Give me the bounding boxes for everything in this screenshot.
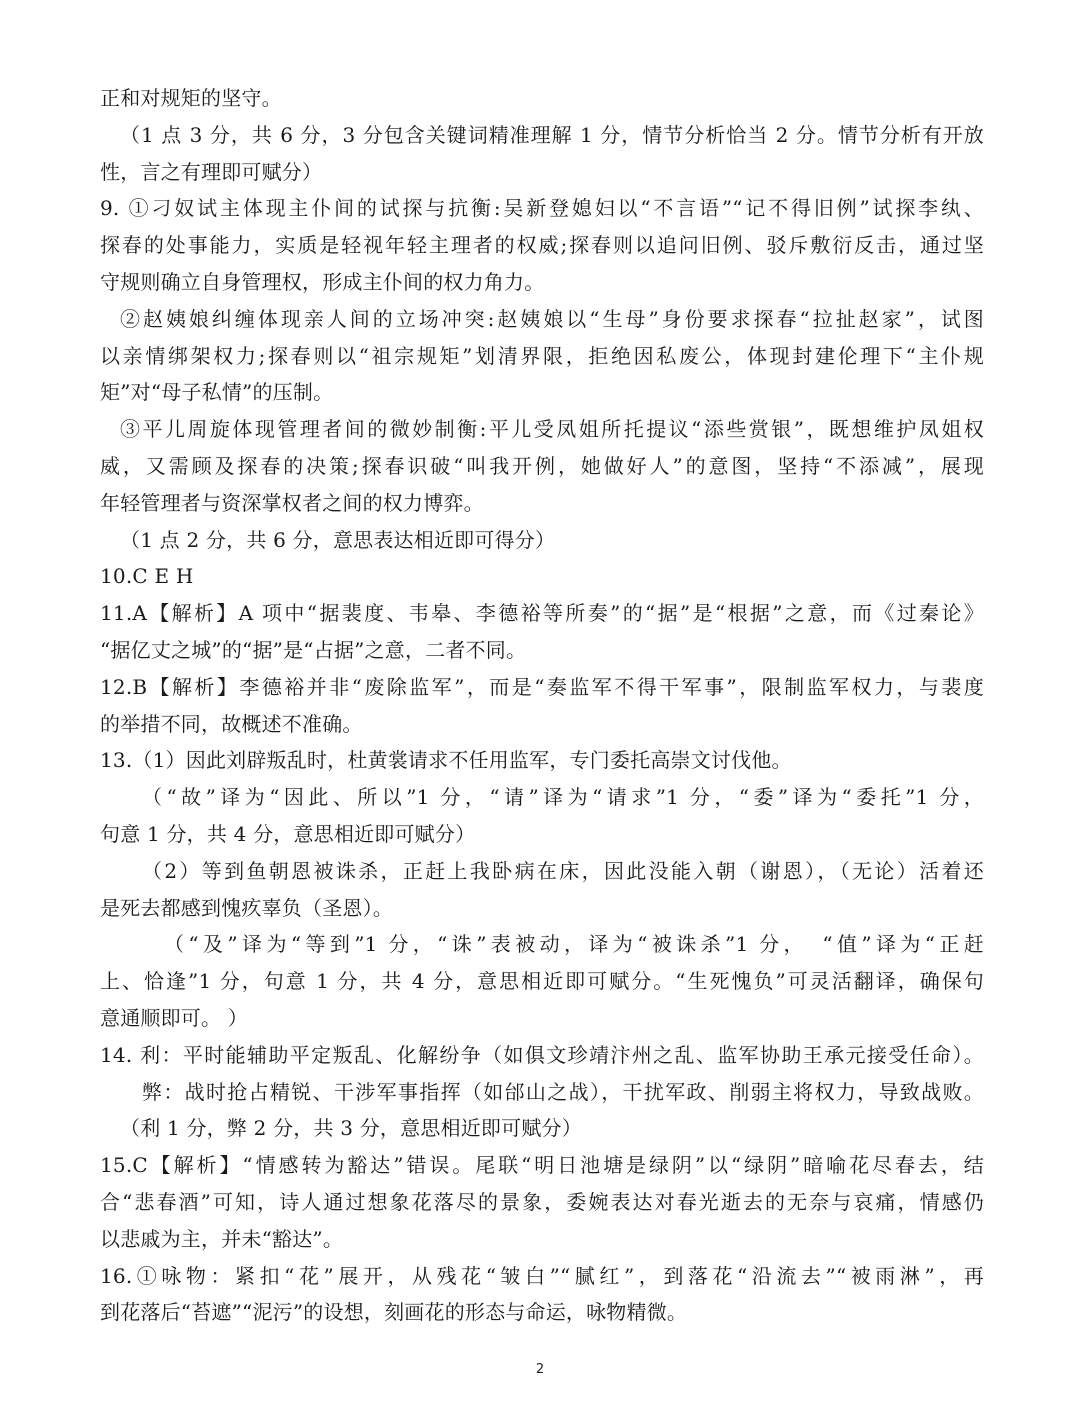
scoring-note: （“及”译为“等到”1 分，“诛”表被动，译为“被诛杀”1 分， “值”译为“正… [100, 926, 984, 963]
question-9-line: 9. ①刁奴试主体现主仆间的试探与抗衡:吴新登媳妇以“不言语”“记不得旧例”试探… [100, 190, 984, 227]
text-line: 守规则确立自身管理权，形成主仆间的权力角力。 [100, 264, 984, 301]
scoring-note: （利 1 分，弊 2 分，共 3 分，意思相近即可赋分） [100, 1110, 984, 1147]
question-13-line: 13.（1）因此刘辟叛乱时，杜黄裳请求不任用监军，专门委托高崇文讨伐他。 [100, 742, 984, 779]
text-line: ②赵姨娘纠缠体现亲人间的立场冲突:赵姨娘以“生母”身份要求探春“拉扯赵家”，试图 [100, 301, 984, 338]
text-line: 探春的处事能力，实质是轻视年轻主理者的权威;探春则以追问旧例、驳斥敷衍反击，通过… [100, 227, 984, 264]
scoring-note: （“故”译为“因此、所以”1 分，“请”译为“请求”1 分，“委”译为“委托”1… [100, 779, 984, 816]
question-10-line: 10.C E H [100, 558, 984, 595]
text-line: 威，又需顾及探春的决策;探春识破“叫我开例，她做好人”的意图，坚持“不添减”，展… [100, 448, 984, 485]
text-line: ③平儿周旋体现管理者间的微妙制衡:平儿受凤姐所托提议“添些赏银”，既想维护凤姐权 [100, 411, 984, 448]
text-line: 到花落后“苔遮”“泥污”的设想，刻画花的形态与命运，咏物精微。 [100, 1294, 984, 1331]
page-number: 2 [0, 1362, 1080, 1377]
question-15-line: 15.C【解析】“情感转为豁达”错误。尾联“明日池塘是绿阴”以“绿阴”暗喻花尽春… [100, 1147, 984, 1184]
text-line: （2）等到鱼朝恩被诛杀，正赶上我卧病在床，因此没能入朝（谢恩），（无论）活着还 [100, 853, 984, 890]
question-16-line: 16.①咏物：紧扣“花”展开，从残花“皱白”“腻红”，到落花“沿流去”“被雨淋”… [100, 1258, 984, 1295]
question-14-line: 14. 利：平时能辅助平定叛乱、化解纷争（如俱文珍靖汴州之乱、监军协助王承元接受… [100, 1037, 984, 1074]
text-line: 以悲戚为主，并未“豁达”。 [100, 1221, 984, 1258]
text-line: 是死去都感到愧疚辜负（圣恩）。 [100, 890, 984, 927]
scoring-note: （1 点 2 分，共 6 分，意思表达相近即可得分） [100, 522, 984, 559]
text-line: 性，言之有理即可赋分） [100, 154, 984, 191]
document-page: 正和对规矩的坚守。 （1 点 3 分，共 6 分，3 分包含关键词精准理解 1 … [100, 80, 984, 1331]
text-line: （1 点 3 分，共 6 分，3 分包含关键词精准理解 1 分，情节分析恰当 2… [100, 117, 984, 154]
text-line: 的举措不同，故概述不准确。 [100, 706, 984, 743]
question-12-line: 12.B【解析】李德裕并非“废除监军”，而是“奏监军不得干军事”，限制监军权力，… [100, 669, 984, 706]
text-line: 正和对规矩的坚守。 [100, 80, 984, 117]
text-line: 上、恰逢”1 分，句意 1 分，共 4 分，意思相近即可赋分。“生死愧负”可灵活… [100, 963, 984, 1000]
text-line: 句意 1 分，共 4 分，意思相近即可赋分） [100, 816, 984, 853]
text-line: “据亿丈之城”的“据”是“占据”之意，二者不同。 [100, 632, 984, 669]
text-line: 合“悲春酒”可知，诗人通过想象花落尽的景象，委婉表达对春光逝去的无奈与哀痛，情感… [100, 1184, 984, 1221]
text-line: 弊：战时抢占精锐、干涉军事指挥（如邰山之战），干扰军政、削弱主将权力，导致战败。 [100, 1074, 984, 1111]
text-line: 意通顺即可。 ） [100, 1000, 984, 1037]
text-line: 矩”对“母子私情”的压制。 [100, 374, 984, 411]
question-11-line: 11.A【解析】A 项中“据裴度、韦皋、李德裕等所奏”的“据”是“根据”之意，而… [100, 595, 984, 632]
text-line: 以亲情绑架权力;探春则以“祖宗规矩”划清界限，拒绝因私废公，体现封建伦理下“主仆… [100, 338, 984, 375]
text-line: 年轻管理者与资深掌权者之间的权力博弈。 [100, 485, 984, 522]
